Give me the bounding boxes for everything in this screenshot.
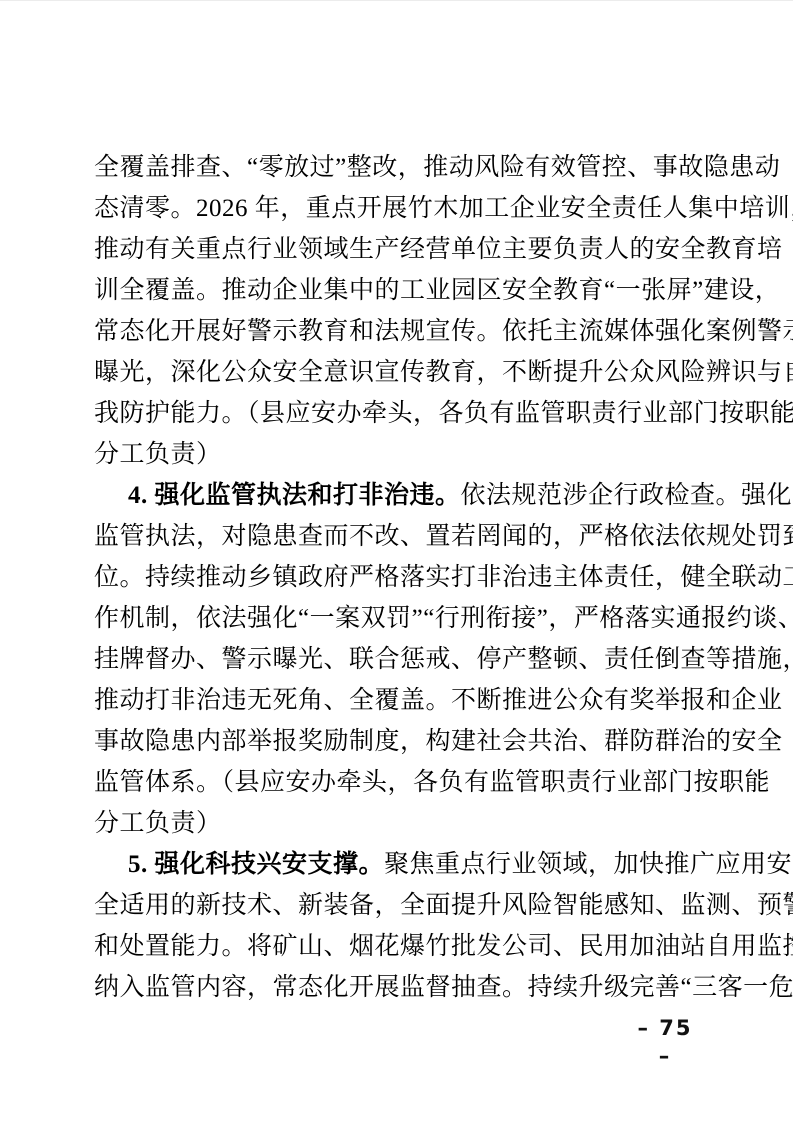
text-line: 位。持续推动乡镇政府严格落实打非治违主体责任，健全联动工 <box>94 557 701 598</box>
text-line: 分工负责） <box>94 434 701 475</box>
text-line: 常态化开展好警示教育和法规宣传。依托主流媒体强化案例警示 <box>94 311 701 352</box>
text-line: 曝光，深化公众安全意识宣传教育，不断提升公众风险辨识与自 <box>94 352 701 393</box>
page-number: – 75 – <box>628 1014 702 1070</box>
text-line: 和处置能力。将矿山、烟花爆竹批发公司、民用加油站自用监控 <box>94 926 701 967</box>
text-line: 训全覆盖。推动企业集中的工业园区安全教育“一张屏”建设， <box>94 270 701 311</box>
text-line: 全覆盖排查、“零放过”整改，推动风险有效管控、事故隐患动 <box>94 147 701 188</box>
text-line: 监管体系。（县应安办牵头，各负有监管职责行业部门按职能 <box>94 762 701 803</box>
text-line: 作机制，依法强化“一案双罚”“行刑衔接”，严格落实通报约谈、 <box>94 598 701 639</box>
text-line: 分工负责） <box>94 803 701 844</box>
text-line: 推动打非治违无死角、全覆盖。不断推进公众有奖举报和企业 <box>94 680 701 721</box>
text-line-heading-5: 5. 强化科技兴安支撑。聚焦重点行业领域，加快推广应用安 <box>94 844 701 885</box>
text-line-heading-4: 4. 强化监管执法和打非治违。依法规范涉企行政检查。强化 <box>94 475 701 516</box>
text-line: 纳入监管内容，常态化开展监督抽查。持续升级完善“三客一危 <box>94 967 701 1008</box>
text-line: 挂牌督办、警示曝光、联合惩戒、停产整顿、责任倒查等措施， <box>94 639 701 680</box>
text-line: 全适用的新技术、新装备，全面提升风险智能感知、监测、预警 <box>94 885 701 926</box>
text-line: 事故隐患内部举报奖励制度，构建社会共治、群防群治的安全 <box>94 721 701 762</box>
text-line: 监管执法，对隐患查而不改、置若罔闻的，严格依法依规处罚到 <box>94 516 701 557</box>
text-line: 态清零。2026 年，重点开展竹木加工企业安全责任人集中培训， <box>94 188 701 229</box>
heading-4-rest-text: 依法规范涉企行政检查。强化 <box>461 482 793 509</box>
text-line: 我防护能力。（县应安办牵头，各负有监管职责行业部门按职能 <box>94 393 701 434</box>
heading-5-bold-label: 5. 强化科技兴安支撑。 <box>128 851 384 878</box>
page-body: 全覆盖排查、“零放过”整改，推动风险有效管控、事故隐患动 态清零。2026 年，… <box>94 147 701 1008</box>
text-line: 推动有关重点行业领域生产经营单位主要负责人的安全教育培 <box>94 229 701 270</box>
heading-5-rest-text: 聚焦重点行业领域，加快推广应用安 <box>384 851 792 878</box>
heading-4-bold-label: 4. 强化监管执法和打非治违。 <box>128 482 461 509</box>
